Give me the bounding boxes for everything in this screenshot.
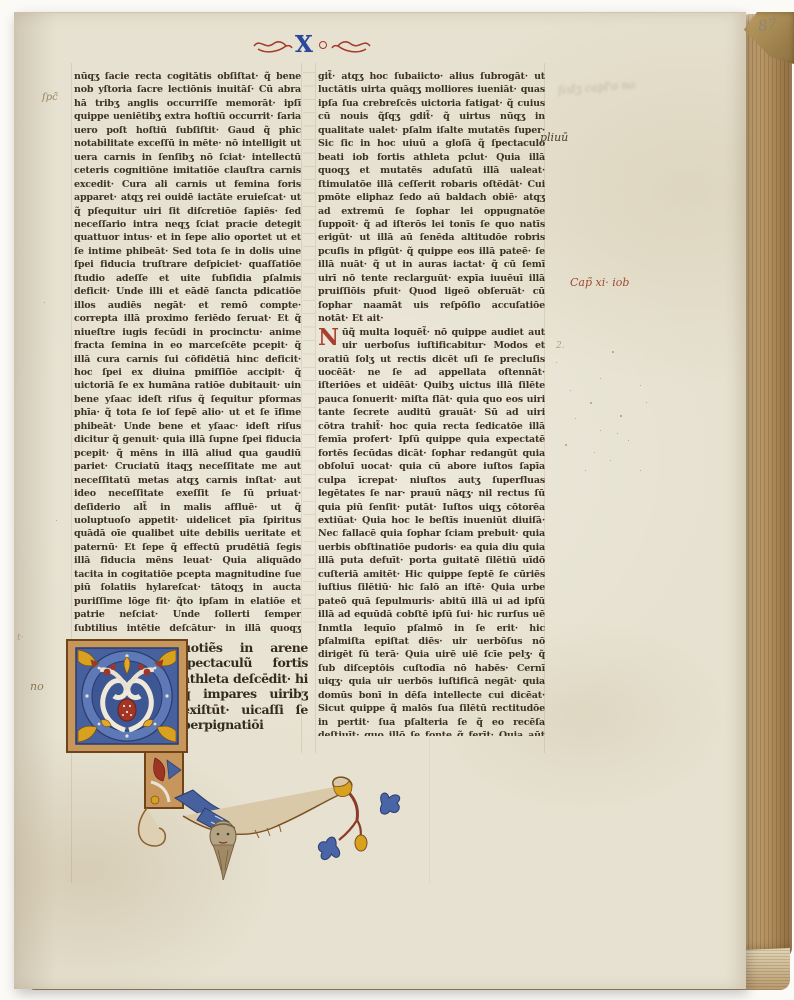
ink-speckle <box>610 460 611 461</box>
ink-speckle <box>556 362 557 363</box>
margin-note-left-top: ſpc̃ <box>42 92 58 103</box>
ink-speckle <box>44 302 45 303</box>
ink-speckle <box>612 351 614 353</box>
ink-speckle <box>600 430 601 431</box>
margin-note-t: t· <box>17 633 23 643</box>
ink-speckle <box>640 470 641 471</box>
folio-number: 87 <box>757 15 778 35</box>
incipit-text: uotiẽs in arene ſpectaculũ fortis athlet… <box>182 640 308 734</box>
ink-speckle <box>570 390 571 391</box>
column2-segment: ūq̃ multa loquēt̃· nō quippe audiet aut … <box>318 327 545 736</box>
ink-speckle <box>575 418 576 419</box>
margin-chapter-note: Cap̃ xi· iob <box>570 276 629 289</box>
ink-speckle <box>617 433 618 434</box>
margin-number: 2. <box>556 341 565 351</box>
book-fore-edge <box>740 14 792 958</box>
manuscript-photo: X 87 nūqʒ ſacie recta cogitātis obſiſtat… <box>0 0 794 1000</box>
column1-text: nūqʒ ſacie recta cogitātis obſiſtat· q̃ … <box>74 71 301 636</box>
ink-speckle <box>565 444 567 446</box>
running-header-letter: X <box>295 31 313 58</box>
ink-speckle <box>646 402 647 403</box>
ink-speckle <box>56 520 57 521</box>
ink-speckle <box>600 378 601 379</box>
ink-speckle <box>590 402 592 404</box>
ink-speckle <box>620 415 622 417</box>
header-flourish-left-icon <box>252 36 294 54</box>
ink-speckle <box>300 560 301 561</box>
header-flourish-right-icon <box>330 36 372 54</box>
ruling-line <box>71 63 72 883</box>
text-column-1: nūqʒ ſacie recta cogitātis obſiſtat· q̃ … <box>74 70 301 636</box>
ink-speckle <box>594 452 595 453</box>
red-initial-n: N <box>318 327 339 349</box>
intercolumn-ruling-ticks <box>303 72 315 632</box>
text-column-2: git̃· atqʒ hoc ſubaiicto· alius ſubrogāt… <box>318 70 545 736</box>
ruling-line <box>429 713 430 883</box>
margin-note-pliuu: pliuū <box>540 131 568 144</box>
ink-speckle <box>640 385 641 386</box>
margin-note-no: no <box>30 680 44 693</box>
column2-block: N ūq̃ multa loquēt̃· nō quippe audiet au… <box>318 326 545 736</box>
column2-segment: git̃· atqʒ hoc ſubaiicto· alius ſubrogāt… <box>318 70 545 326</box>
ink-speckle <box>585 470 586 471</box>
ruling-line <box>315 63 316 753</box>
ink-speckle <box>628 440 629 441</box>
header-ring-icon <box>319 41 327 49</box>
